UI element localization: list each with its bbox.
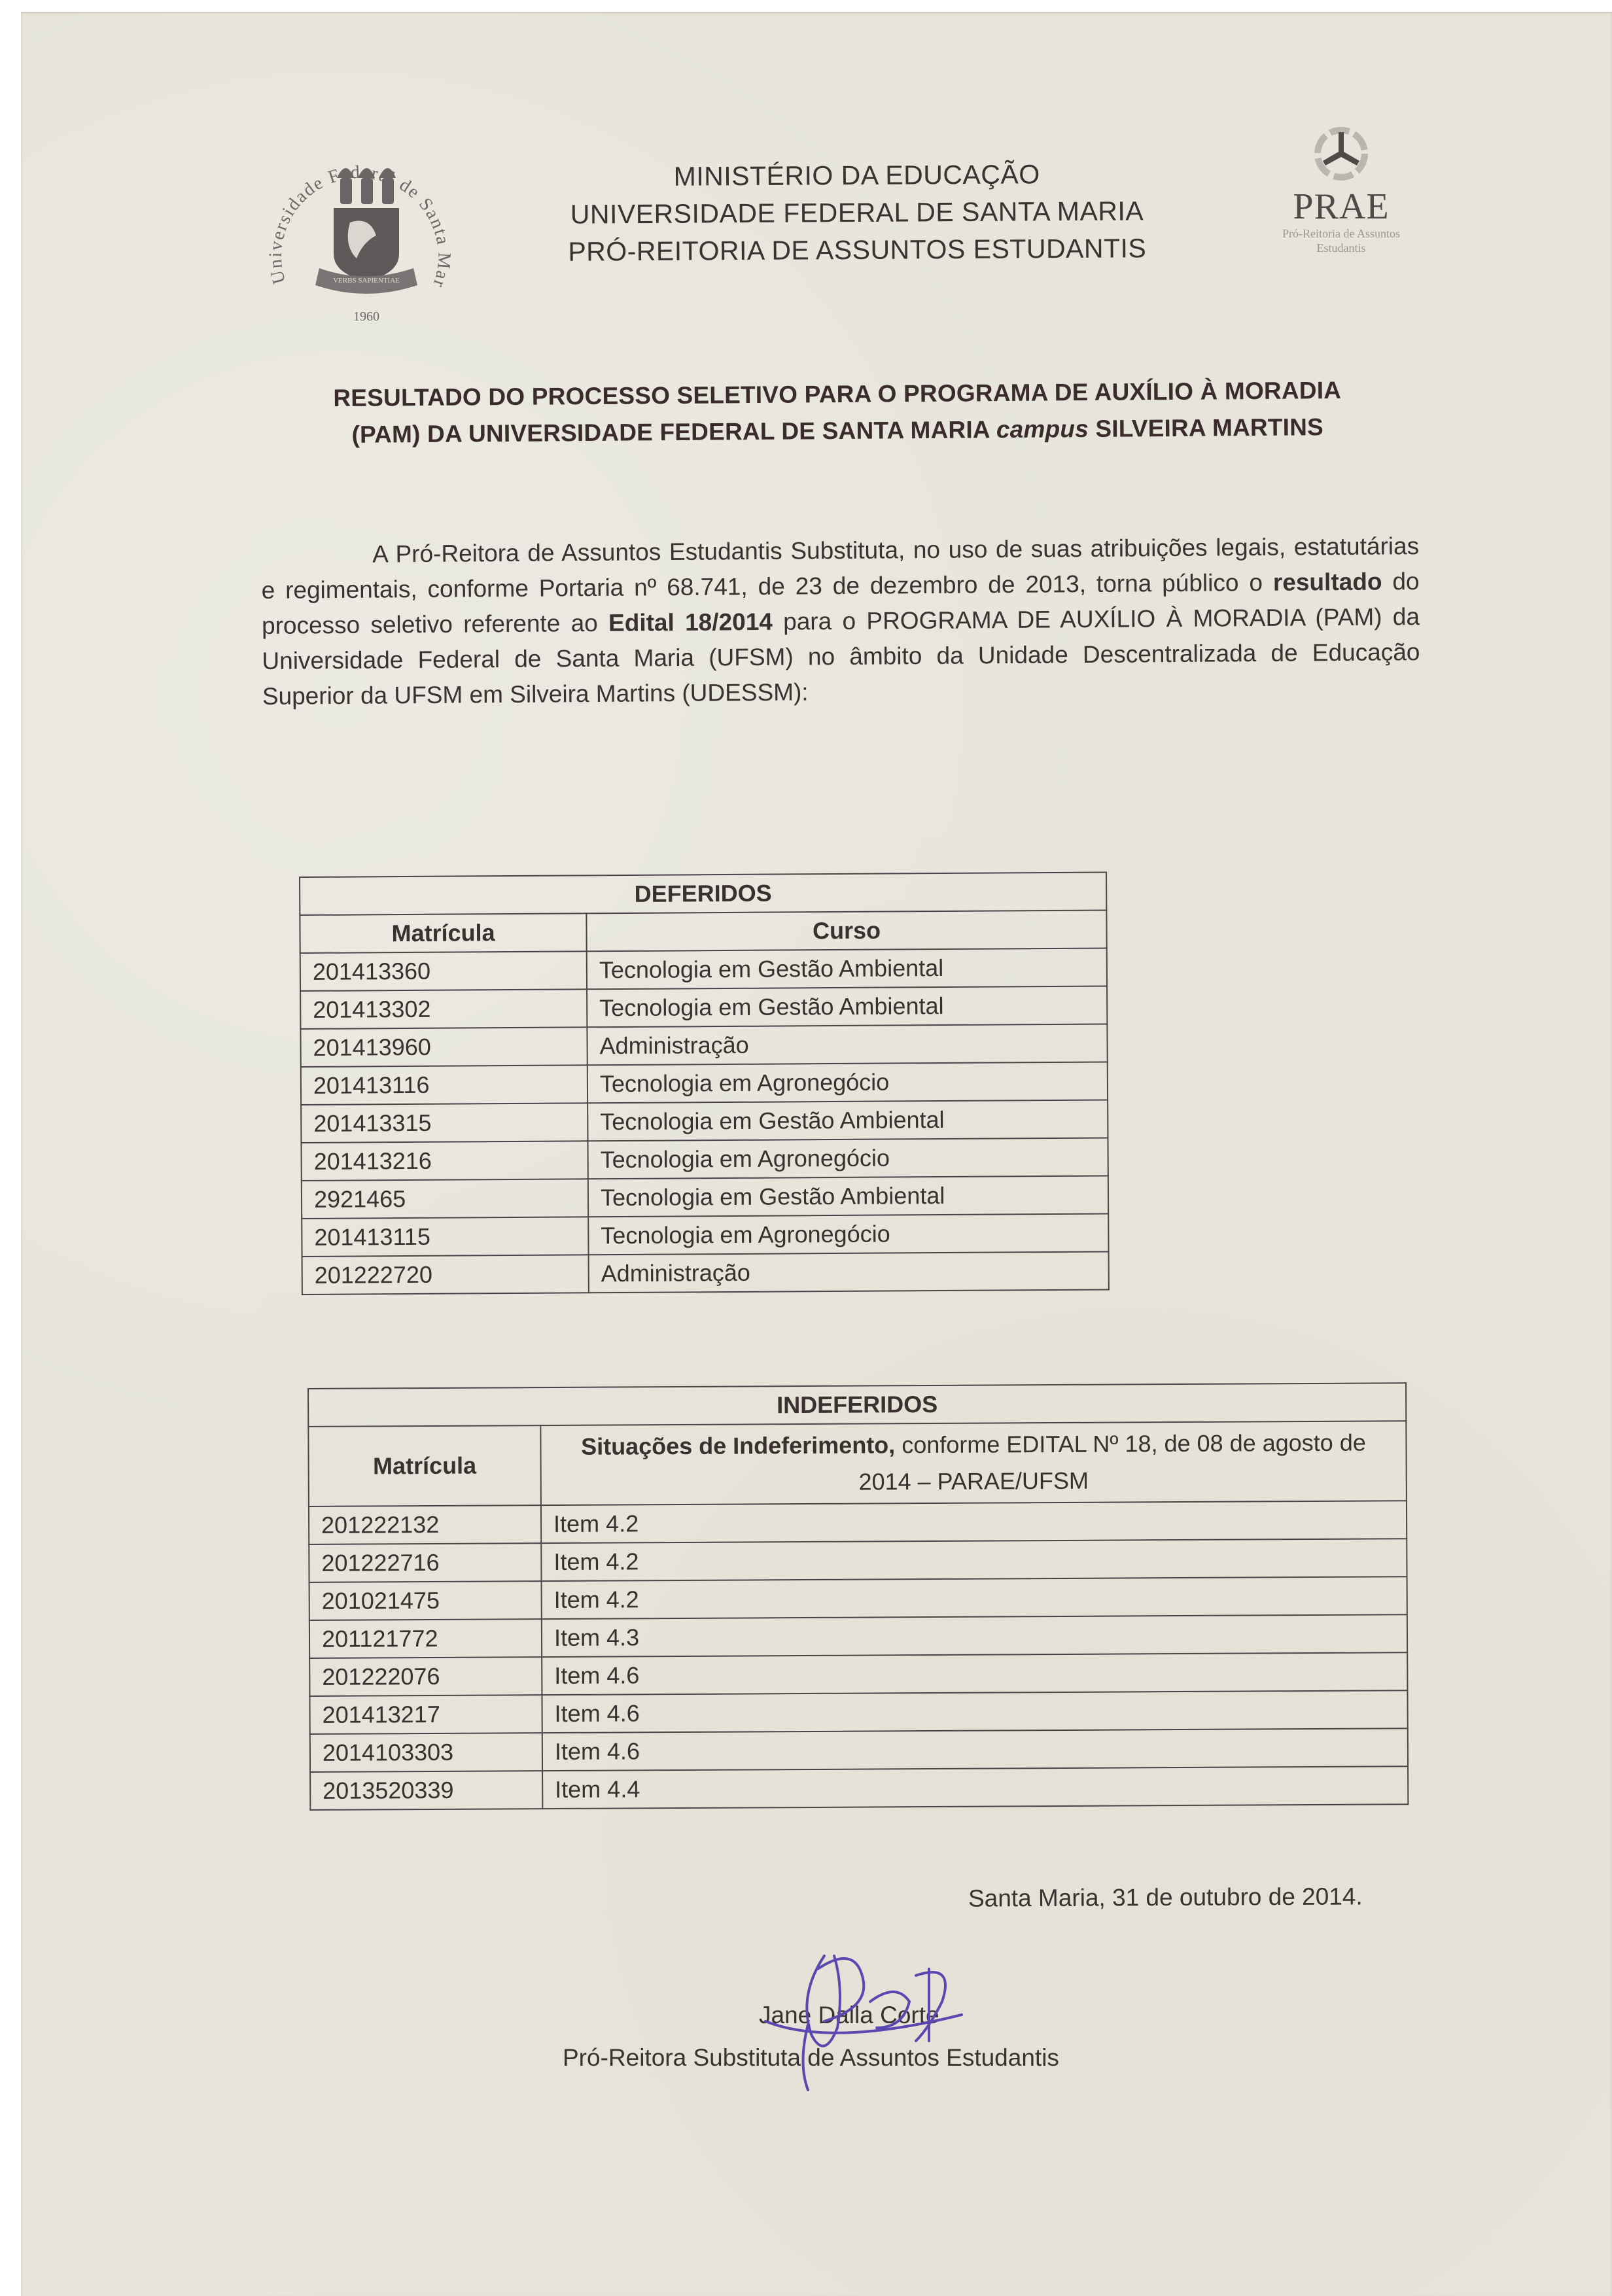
matricula-cell: 201413216 (301, 1141, 587, 1181)
prae-logo: PRAE Pró-Reitoria de Assuntos Estudantis (1230, 124, 1452, 255)
matricula-cell: 201222132 (309, 1505, 541, 1544)
curso-cell: Tecnologia em Gestão Ambiental (587, 986, 1107, 1027)
document-title: RESULTADO DO PROCESSO SELETIVO PARA O PR… (288, 372, 1388, 453)
curso-cell: Tecnologia em Agronegócio (587, 1138, 1108, 1179)
table-row: 201222716Item 4.2 (309, 1539, 1407, 1582)
department-line: PRÓ-REITORIA DE ASSUNTOS ESTUDANTIS (523, 230, 1191, 271)
situacao-cell: Item 4.3 (542, 1614, 1407, 1657)
svg-text:1960: 1960 (353, 309, 379, 324)
handwritten-signature-icon (746, 1936, 1073, 2106)
table-row: 2014103303Item 4.6 (310, 1728, 1408, 1772)
matricula-cell: 201413315 (301, 1103, 587, 1143)
prae-subtitle-2: Estudantis (1230, 241, 1452, 255)
indeferidos-table: INDEFERIDOS Matrícula Situações de Indef… (307, 1382, 1409, 1811)
table-row: 201413960Administração (300, 1024, 1107, 1067)
matricula-cell: 201413960 (300, 1027, 587, 1067)
matricula-cell: 201413116 (301, 1065, 587, 1105)
place-date: Santa Maria, 31 de outubro de 2014. (968, 1883, 1363, 1912)
col-matricula: Matrícula (300, 913, 586, 953)
indeferidos-title: INDEFERIDOS (308, 1383, 1406, 1427)
curso-cell: Tecnologia em Agronegócio (588, 1213, 1108, 1255)
institution-header: MINISTÉRIO DA EDUCAÇÃO UNIVERSIDADE FEDE… (523, 155, 1191, 271)
curso-cell: Tecnologia em Gestão Ambiental (588, 1175, 1108, 1217)
deferidos-title: DEFERIDOS (300, 872, 1106, 915)
curso-cell: Administração (587, 1024, 1107, 1065)
matricula-cell: 201222716 (309, 1543, 541, 1582)
table-row: 201222132Item 4.2 (309, 1501, 1407, 1544)
table-row: 201413217Item 4.6 (309, 1690, 1407, 1734)
situacao-cell: Item 4.6 (542, 1652, 1407, 1695)
matricula-cell: 201021475 (309, 1581, 542, 1620)
matricula-cell: 2921465 (302, 1179, 588, 1219)
matricula-cell: 201413115 (302, 1217, 588, 1257)
situacao-cell: Item 4.6 (542, 1728, 1408, 1771)
matricula-cell: 201121772 (309, 1619, 542, 1658)
table-row: 201021475Item 4.2 (309, 1576, 1407, 1620)
matricula-cell: 201413360 (300, 951, 587, 991)
table-row: 2921465Tecnologia em Gestão Ambiental (302, 1175, 1108, 1219)
situacao-cell: Item 4.2 (541, 1539, 1407, 1581)
matricula-cell: 201413217 (309, 1695, 542, 1734)
col-situacoes: Situações de Indeferimento, conforme EDI… (540, 1421, 1407, 1505)
table-row: 201413216Tecnologia em Agronegócio (301, 1138, 1108, 1181)
table-row: 201413360Tecnologia em Gestão Ambiental (300, 948, 1107, 991)
curso-cell: Administração (589, 1251, 1109, 1293)
curso-cell: Tecnologia em Agronegócio (587, 1062, 1108, 1103)
situacao-cell: Item 4.2 (541, 1501, 1407, 1543)
table-row: 201413116Tecnologia em Agronegócio (301, 1062, 1108, 1105)
deferidos-table: DEFERIDOS Matrícula Curso 201413360Tecno… (299, 871, 1110, 1295)
prae-emblem-icon (1308, 124, 1374, 183)
table-row: 201222076Item 4.6 (309, 1652, 1407, 1696)
curso-cell: Tecnologia em Gestão Ambiental (587, 1100, 1108, 1141)
table-row: 201413315Tecnologia em Gestão Ambiental (301, 1100, 1108, 1143)
col-curso: Curso (586, 910, 1106, 951)
matricula-cell: 2014103303 (310, 1733, 542, 1772)
table-row: 2013520339Item 4.4 (310, 1766, 1408, 1810)
table-row: 201121772Item 4.3 (309, 1614, 1407, 1658)
table-row: 201413302Tecnologia em Gestão Ambiental (300, 986, 1107, 1029)
university-line: UNIVERSIDADE FEDERAL DE SANTA MARIA (523, 192, 1191, 234)
intro-paragraph: A Pró-Reitora de Assuntos Estudantis Sub… (261, 529, 1420, 714)
matricula-cell: 2013520339 (310, 1771, 542, 1810)
situacao-cell: Item 4.6 (542, 1690, 1407, 1733)
situacao-cell: Item 4.2 (542, 1576, 1407, 1619)
situacao-cell: Item 4.4 (542, 1766, 1408, 1809)
matricula-cell: 201222720 (302, 1255, 589, 1295)
curso-cell: Tecnologia em Gestão Ambiental (587, 948, 1107, 989)
table-row: 201413115Tecnologia em Agronegócio (302, 1213, 1108, 1257)
ministry-line: MINISTÉRIO DA EDUCAÇÃO (523, 155, 1190, 196)
svg-text:VERBS SAPIENTIAE: VERBS SAPIENTIAE (333, 277, 400, 285)
bold-edital: Edital 18/2014 (608, 608, 773, 636)
prae-subtitle: Pró-Reitoria de Assuntos (1230, 226, 1452, 241)
bold-resultado: resultado (1273, 568, 1382, 596)
matricula-cell: 201413302 (300, 989, 587, 1029)
col-matricula: Matrícula (308, 1425, 541, 1506)
matricula-cell: 201222076 (309, 1657, 542, 1696)
prae-name: PRAE (1230, 187, 1452, 226)
ufsm-seal-icon: Universidade Federal de Santa Maria VERB… (242, 131, 491, 327)
table-row: 201222720Administração (302, 1251, 1109, 1295)
